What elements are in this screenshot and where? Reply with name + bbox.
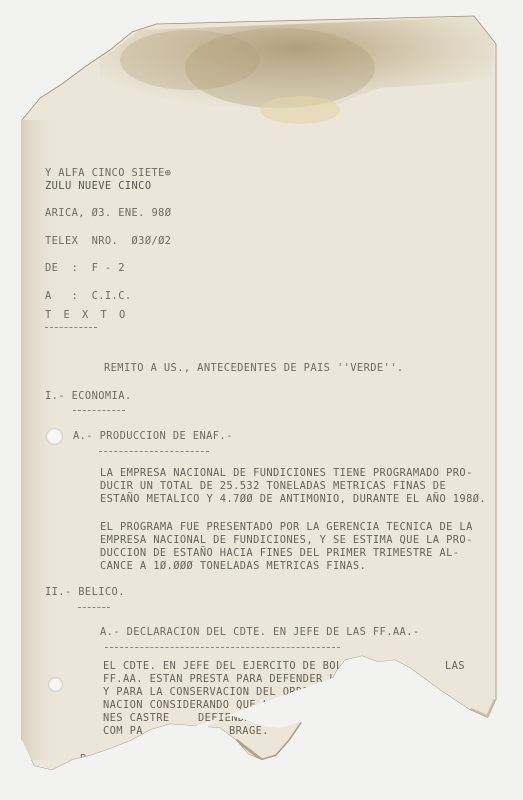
- paragraph-line: FF.AA. ESTAN PRESTA PARA DEFENDER LA SOB: [103, 673, 369, 686]
- section-economia-title: I.- ECONOMIA.: [45, 390, 132, 403]
- paragraph-line: EL PROGRAMA FUE PRESENTADO POR LA GERENC…: [100, 521, 473, 534]
- header-line-1: Y ALFA CINCO SIETE⊕: [45, 167, 171, 180]
- to-field: A : C.I.C.: [45, 290, 132, 303]
- texto-underline: [45, 327, 97, 328]
- paragraph-line: NACION CONSIDERANDO QUE LOS MIEMBROS D: [103, 699, 356, 712]
- paragraph-line: EL CDTE. EN JEFE DEL EJERCITO DE BOLIVIA: [103, 660, 369, 673]
- document-body: Y ALFA CINCO SIETE⊕ ZULU NUEVE CINCO ARI…: [0, 0, 523, 800]
- section-belico-title: II.- BELICO.: [45, 586, 125, 599]
- paragraph-line: COM PA: [103, 725, 143, 738]
- telex-number: TELEX NRO. Ø3Ø/Ø2: [45, 235, 171, 248]
- subsection-enaf-underline: [99, 451, 209, 452]
- punch-hole: [46, 428, 63, 445]
- paragraph-line: EMPRESA NACIONAL DE FUNDICIONES, Y SE ES…: [100, 534, 473, 547]
- paragraph-line: DUCIR UN TOTAL DE 25.532 TONELADAS METRI…: [100, 480, 446, 493]
- subsection-b-title: B.- N: [80, 753, 113, 766]
- subsection-declaracion-title: A.- DECLARACION DEL CDTE. EN JEFE DE LAS…: [100, 626, 419, 639]
- texto-heading: T E X T O: [45, 309, 128, 322]
- subsection-enaf-title: A.- PRODUCCION DE ENAF.-: [73, 430, 233, 443]
- header-line-2: ZULU NUEVE CINCO: [45, 180, 152, 193]
- paragraph-fragment: DEFIENDAN LOS POSTULA: [198, 712, 338, 725]
- intro-line: REMITO A US., ANTECEDENTES DE PAIS ''VER…: [104, 362, 404, 375]
- place-date: ARICA, Ø3. ENE. 98Ø: [45, 207, 171, 220]
- paragraph-line: DUCCION DE ESTAÑO HACIA FINES DEL PRIMER…: [100, 547, 459, 560]
- paragraph-fragment: BRAGE.: [229, 725, 269, 738]
- paragraph-line: NES CASTRE: [103, 712, 170, 725]
- punch-hole: [48, 677, 63, 692]
- paragraph-line: ESTAÑO METALICO Y 4.7ØØ DE ANTIMONIO, DU…: [100, 493, 486, 506]
- paragraph-line: CANCE A 1Ø.ØØØ TONELADAS METRICAS FINAS.: [100, 560, 366, 573]
- subsection-declaracion-underline: [105, 647, 340, 648]
- paragraph-line: LA EMPRESA NACIONAL DE FUNDICIONES TIENE…: [100, 467, 473, 480]
- paragraph-line: Y PARA LA CONSERVACION DEL ORDENAMIENTO: [103, 686, 363, 699]
- paragraph-fragment: LAS: [445, 660, 465, 673]
- section-belico-underline: [78, 607, 110, 608]
- section-economia-underline: [73, 410, 125, 411]
- from-field: DE : F - 2: [45, 262, 125, 275]
